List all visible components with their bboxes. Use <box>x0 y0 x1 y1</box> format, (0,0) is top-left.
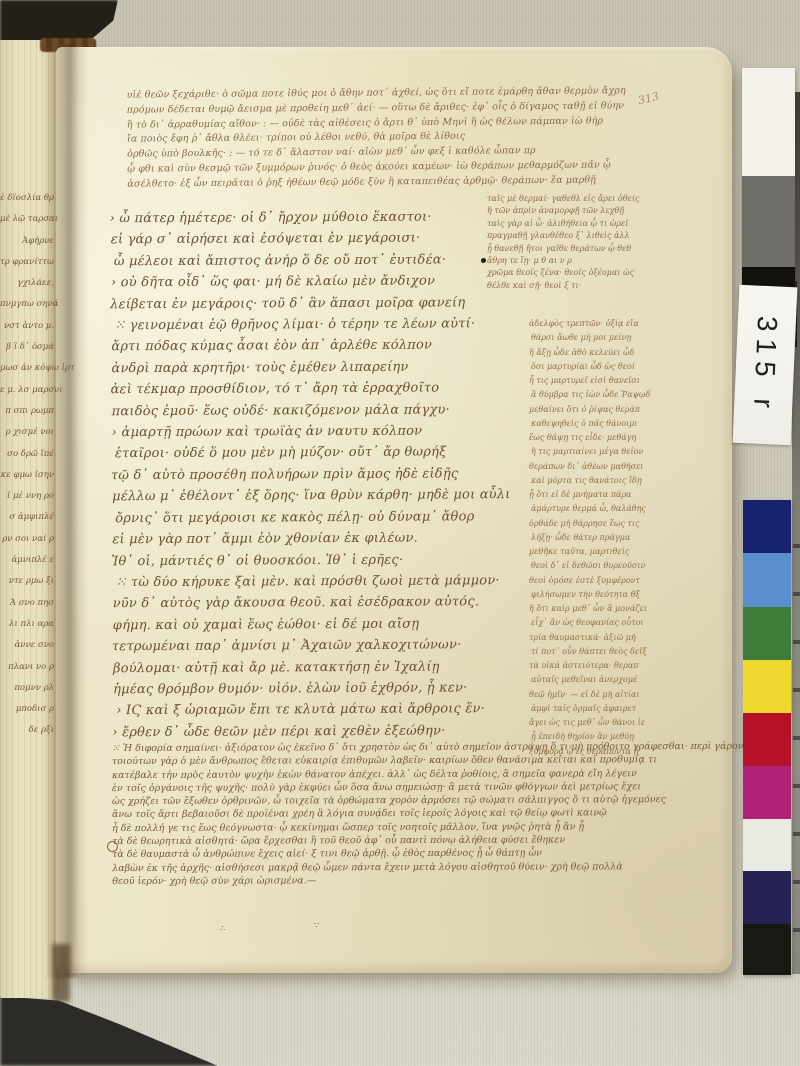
text-line: καθεψηθεὶς ὁ πᾶς θάνοιμι <box>531 417 681 431</box>
navy-patch <box>743 500 791 553</box>
text-line: ὅσι μαρτυρίαι ὧδ ὡς θεοί <box>531 360 681 374</box>
text-line: ⁙ γεινομέναι ἑῷ θρῆνος λίμαι· ὁ τέρην τε… <box>114 313 589 337</box>
text-line: τοιούτων γὰρ ὁ μὲν ἄνθρωπος ἔθεται εὐκαι… <box>112 753 730 768</box>
text-line: μωσ ἀν κόψω ἱρτ <box>0 358 54 379</box>
text-line: ἀμνιπλέ ε <box>0 550 54 571</box>
text-line: σο δρῶ ϊπέ <box>0 444 54 465</box>
text-line: αὐταῖς μεθεῖναι ἀνερχομέ <box>531 673 681 687</box>
text-line: πομνν ρλ <box>0 678 54 699</box>
text-line: παιδὸς ἐμοῦ· ἕως οὐδέ· κακιζόμενον μάλα … <box>112 398 587 422</box>
white-patch <box>743 819 791 871</box>
text-line: μὲ λῷ ταρσαι <box>0 209 54 230</box>
text-line: › ΙϚ καὶ ξ ὡριαμῶν ἔπι τε κλυτὰ μάτω καὶ… <box>116 698 591 722</box>
text-line: γχιλάεε, <box>0 273 54 294</box>
text-line: εἰ μὲν γὰρ ποτ᾽ ἄμμι ἑὸν χθονίαν ἐκ φιλέ… <box>112 527 587 551</box>
text-line: βούλομαι· αὐτῇ καὶ ἄρ μὲ. κατακτήσῃ ἐν Ἰ… <box>113 655 588 679</box>
text-line: ⁙ τὼ δύο κήρυκε ξαὶ μὲν. καὶ πρόσθι ζωοὶ… <box>116 570 591 594</box>
text-line: ἀμάρτυρε θερμά ὦ, θαλάθης <box>531 502 681 516</box>
text-line: ἢ ἄξῃ ὦδε ἀθὸ κελεύει ὧδ <box>529 346 679 360</box>
text-line: μεθῆκε ταῦτα, μαρτιθεὶς <box>529 545 679 559</box>
text-line: καὶ μόρτα τις θανάτοις ἴδῃ <box>531 474 681 488</box>
text-line: μποδισ ρ <box>0 699 54 720</box>
color-calibration-strip <box>743 500 791 975</box>
text-line: Ἀφήρνε <box>0 231 54 252</box>
folio-number-label: 315 r <box>733 285 798 445</box>
text-line: θάρσι ἄωθε μὴ μοι μείνῃ <box>531 331 681 345</box>
text-line: ἢ τις μαρτιαίνει μέγα θεῖον <box>531 445 681 459</box>
text-line: λήξῃ· ὧδε θάτερ πρᾶγμα <box>531 531 681 545</box>
text-line: ᾗ θανεθῇ ἤτοι γαῖθε θεράτων ᾧ θεθ <box>487 243 662 255</box>
text-line: ἀνδρὶ παρὰ κρητῆρι· τοὺς ἐμέθεν λιπαρείη… <box>111 356 586 380</box>
text-line: εἶχ᾽ ἂν ὡς θεοφανίας οὗτοι <box>531 616 681 630</box>
text-line: ντε ρμω ξι <box>0 571 54 592</box>
azure-patch <box>743 553 791 607</box>
text-line: ϊ μὲ ννη ρο <box>0 486 54 507</box>
gutter-slit-shadow <box>52 944 70 1002</box>
text-line: σ ἀμφιπλέ <box>0 507 54 528</box>
text-line: τρία θαυμαστικά· ἀξιῶ μή <box>529 631 679 645</box>
marginal-circle-mark <box>107 841 118 852</box>
right-margin-scholia-lower: ἀδελφὸς τρεπτῶν· ὀξίᾳ εἴαθάρσι ἄωθε μὴ μ… <box>529 317 679 759</box>
red-patch <box>743 713 791 766</box>
text-line: Ἀ σνο πησ <box>0 593 54 614</box>
text-line: τῷ δ᾽ αὐτὸ προσέθη πολυήρων πρὶν ἄμος ἠδ… <box>111 463 586 487</box>
text-line: κε φμω ϊσην <box>0 465 54 486</box>
text-line: θέλθε καὶ σῇ· θεοὶ ξ τι· <box>487 280 662 292</box>
text-line: τρ φρανίττω <box>0 252 54 273</box>
text-line: θεῷ ἡμῖν· — εἰ δὲ μὴ αἰτίαι <box>529 688 679 702</box>
manuscript-photo: ὲ δϊοσλία θρμὲ λῷ ταρσαιἈφήρνετρ φρανίττ… <box>0 0 800 1066</box>
dark-violet-patch <box>743 871 791 924</box>
text-line: θεοὶ δ᾽ εἰ δεθῶσι θυρεοῦσιν <box>531 559 681 573</box>
text-line: λείβεται ἐν μεγάροις· τοῦ δ᾽ ἂν ἅπασι μο… <box>110 291 585 315</box>
text-line: ἀμφὶ ταῖς ὁρμαῖς ἀφαιρετ <box>531 702 681 716</box>
text-line: μέλλω μ᾽ ἐθέλοντ᾽ ἐξ ὅρης· ἵνα θρὺν κάρθ… <box>112 484 587 508</box>
text-line: ἄγει ὡς τις μεθ᾽ ὧν θάνοι ἱε <box>529 716 679 730</box>
mid-gray-patch <box>742 176 795 267</box>
text-line: θεοῦ ἱερόν· χρὴ θεῷ σὺν χάρι ὡρισμένα.— <box>112 873 730 888</box>
white-patch <box>742 68 795 176</box>
text-line: χρῶμα θεοῖς ξένα· θεοῖς ὀξέομαι ὡς <box>487 267 662 279</box>
backing-card-ticks <box>793 500 800 975</box>
text-line: ὄρνις᾽ ὅτι μεγάροισι κε κακὸς πέλῃ· οὐ δ… <box>115 505 590 529</box>
text-line: ὲ δϊοσλία θρ <box>0 188 54 209</box>
under-text-mark: ∵ <box>314 921 319 930</box>
text-line: θεοὶ ὁμόσε ἐστὲ ξυμφέροντ <box>529 574 679 588</box>
grayscale-calibration-strip <box>742 68 795 290</box>
text-line: ἄρτι πόδας κύμας ἆσαι ἑὸν ἀπ᾽ ἀρλέθε κόλ… <box>111 334 586 358</box>
right-margin-scholia-upper: ταῖς μὲ θερμαί· γαθεθλ εἰς ἄρει ὀθείςἢ τ… <box>487 193 662 292</box>
text-line: τετρωμέναι παρ᾽ ἀμνίσι μ᾽ Ἀχαιῶν χαλκοχι… <box>112 634 587 658</box>
text-line: ἀδελφὸς τρεπτῶν· ὀξίᾳ εἴα <box>529 317 679 331</box>
text-line: Ἰθ᾽ οἱ, μάντιές θ᾽ οἱ θυοσκόοι. Ἰθ᾽ ἱ ερ… <box>111 548 586 572</box>
text-line: φιλήσωμεν τὴν θεότητα θξ <box>531 588 681 602</box>
text-line: ἀννε σνο <box>0 635 54 656</box>
text-line: ἃ θύμβρα τις ἰὼν ὧδε Ῥαψῳδ <box>531 388 681 402</box>
text-line: ε μ. λσ μαρσνι <box>0 380 54 401</box>
text-line: φήμη. καὶ οὐ χαμαὶ ἕως ἑώθοι· εἰ δέ μοι … <box>113 612 588 636</box>
text-line: ρ χισμέ νοι <box>0 422 54 443</box>
text-line: δε ρξι <box>0 720 54 741</box>
text-line: π σπι ρωμπ <box>0 401 54 422</box>
text-line: λι πλι αρα <box>0 614 54 635</box>
text-line: ἦ τις μαρτυρεῖ εἰσὶ θανεῖσι <box>529 374 679 388</box>
text-line: ἑταῖροι· οὐδέ ὅ μου μὲν μὴ μύζον· οὔτ᾽ ἄ… <box>115 441 590 465</box>
text-line: ἢ ὅτι καὶρ μεθ᾽ ὧν ἃ μονάζει <box>529 602 679 616</box>
magenta-patch <box>743 766 791 819</box>
text-line: νστ ἀντο μ. <box>0 316 54 337</box>
text-line: ᾗ ὅτι εἰ δὲ μνήματα πάρα <box>529 488 679 502</box>
text-line: ἄθρη τε ἴῃ· μ θ αι ν ρ <box>487 255 662 267</box>
folio-label-text: 315 r <box>747 315 783 415</box>
text-line: ὀρθάδε μὴ θάρρησε ἕως τις <box>529 517 679 531</box>
yellow-patch <box>743 660 791 713</box>
text-line: θεράπων δι᾽ ἀθέων μαθήσει <box>529 460 679 474</box>
text-line: πνμγπω σηνά <box>0 294 54 315</box>
text-line: πλανι νο ρ <box>0 657 54 678</box>
text-line: πραγμαθῇ γλανθέθεο ξ᾽ λιθεὶς ἀλλ <box>487 230 662 242</box>
text-line: ρν σοι ναί ρ <box>0 529 54 550</box>
text-line: ἀεὶ τέκμαρ προσθίδιον, τό τ᾽ ἄρη τὰ ἐρρα… <box>110 377 585 401</box>
green-patch <box>743 607 791 660</box>
text-line: ἡμέας θρόμβον θυμόν· υἱόν. ἑλὼν ἰοῦ ἐχθρ… <box>113 677 588 701</box>
text-line: ἢ τῶν ἀπρὶν ἀναμορφῇ τῶν λεχθῇ <box>487 205 662 217</box>
text-line: τί ποτ᾽ οὖν θάπτει θεὸς δεῖξ <box>531 645 681 659</box>
text-line: › ἁμαρτῇ πρώων καὶ τρωϊὰς ἀν ναυτυ κόλπο… <box>112 420 587 444</box>
bottom-scholia-block: ⁙ Ἡ διφορία σημαίνει· ἀξιόρατον ὡς ἐκεῖν… <box>112 740 731 888</box>
text-line: ὡς χρήζει τῶν ἔξωθεν ὀρθρινῶν, ὦ τοιχεῖα… <box>112 793 730 808</box>
facing-page-text-fragments: ὲ δϊοσλία θρμὲ λῷ ταρσαιἈφήρνετρ φρανίττ… <box>0 188 57 742</box>
text-line: β ἲ δ᾽ ὀσμά <box>0 337 54 358</box>
text-line: νῦν δ᾽ αὐτὸς γὰρ ἄκουσα θεοῦ. καὶ ἐσέδρα… <box>113 591 588 615</box>
text-line: τὰ υἱκὰ ἀστειότερα· θεραπ <box>529 659 679 673</box>
text-line: μεθαίνει ὅτι ὁ ῥίψας θεράπ <box>529 403 679 417</box>
under-text-mark: ∴ <box>220 924 225 933</box>
text-line: ἕως θάψῃ τις εἶδε· μεθάγη <box>529 431 679 445</box>
ink-dot-mark <box>481 258 486 263</box>
black-patch <box>743 924 791 975</box>
text-line: ταῖς μὲ θερμαί· γαθεθλ εἰς ἄρει ὀθείς <box>487 193 662 205</box>
text-line: ταὶς γὰρ αἱ ὦ· ἀλιθήθεια ᾧ τι ὠρεῖ <box>487 218 662 230</box>
